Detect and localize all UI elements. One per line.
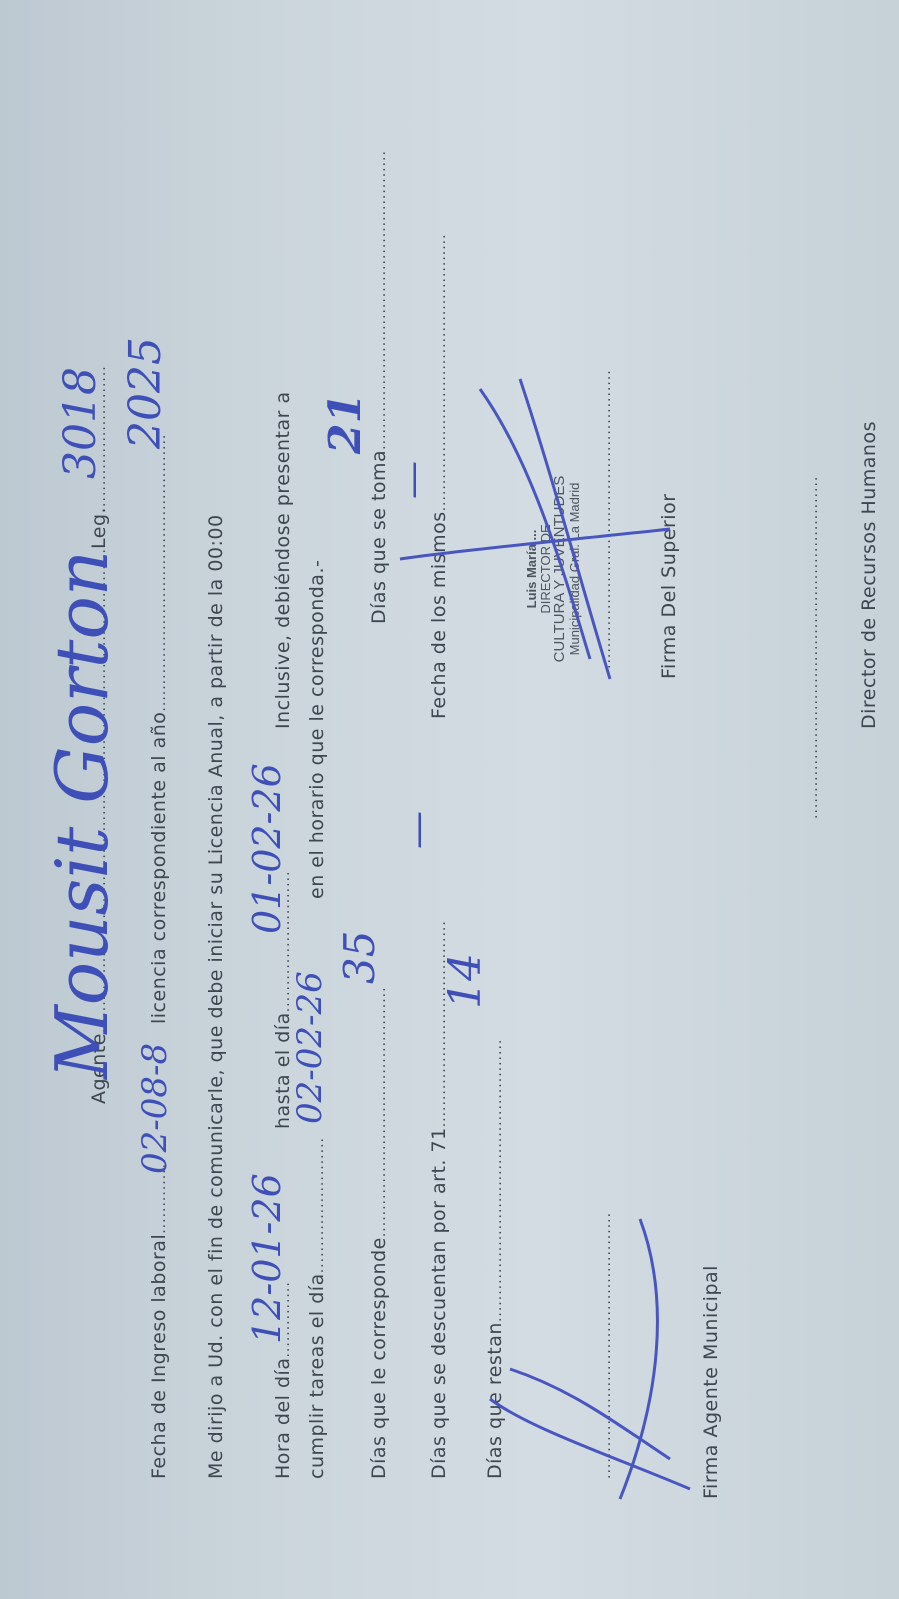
desde-handwritten: 12-01-26 xyxy=(245,1173,289,1344)
licencia-row: licencia correspondiente al año.........… xyxy=(148,434,170,1024)
cumplir-row: cumplir tareas el día...................… xyxy=(306,1137,328,1479)
licencia-label: licencia correspondiente al año xyxy=(148,712,170,1024)
director-line: ........................................… xyxy=(800,476,822,819)
agente-name-handwritten: Mousit Gorton xyxy=(40,550,124,1079)
dias-corresponde-handwritten: 35 xyxy=(335,931,384,984)
cumplir-label: cumplir tareas el día xyxy=(306,1273,328,1479)
director-label: Director de Recursos Humanos xyxy=(858,421,880,729)
leg-value-handwritten: 3018 xyxy=(55,367,106,479)
fecha-ingreso-label: Fecha de Ingreso laboral xyxy=(148,1234,170,1479)
vacation-form-sheet: Agente..................................… xyxy=(0,0,899,1599)
dirijo-text: Me dirijo a Ud. con el fin de comunicarl… xyxy=(205,514,227,1479)
dias-toma-handwritten: 21 xyxy=(320,393,371,454)
hora-label: Hora del día xyxy=(272,1358,294,1479)
dias-restan-handwritten: 14 xyxy=(440,953,491,1009)
leg-label: Leg. xyxy=(88,507,110,549)
presentar-handwritten: 02-02-26 xyxy=(290,971,330,1124)
superior-signature xyxy=(380,359,680,719)
inclusive-text: Inclusive, debiéndose presentar a xyxy=(272,391,294,729)
dias-corresponde-label: Días que le corresponde xyxy=(368,1237,390,1479)
dias-corresponde-row: Días que le corresponde.................… xyxy=(368,986,390,1479)
dias-descuentan-handwritten: — xyxy=(395,811,439,849)
horario-text: en el horario que le corresponda.- xyxy=(306,560,328,899)
dias-descuentan-label: Días que se descuentan por art. 71 xyxy=(428,1127,450,1479)
fecha-ingreso-row: Fecha de Ingreso laboral.............. xyxy=(148,1157,170,1479)
hasta-handwritten: 01-02-26 xyxy=(245,763,289,934)
fecha-ingreso-handwritten: 02-08-8 xyxy=(135,1043,175,1174)
agent-signature xyxy=(470,1199,710,1519)
licencia-year-handwritten: 2025 xyxy=(120,337,171,449)
